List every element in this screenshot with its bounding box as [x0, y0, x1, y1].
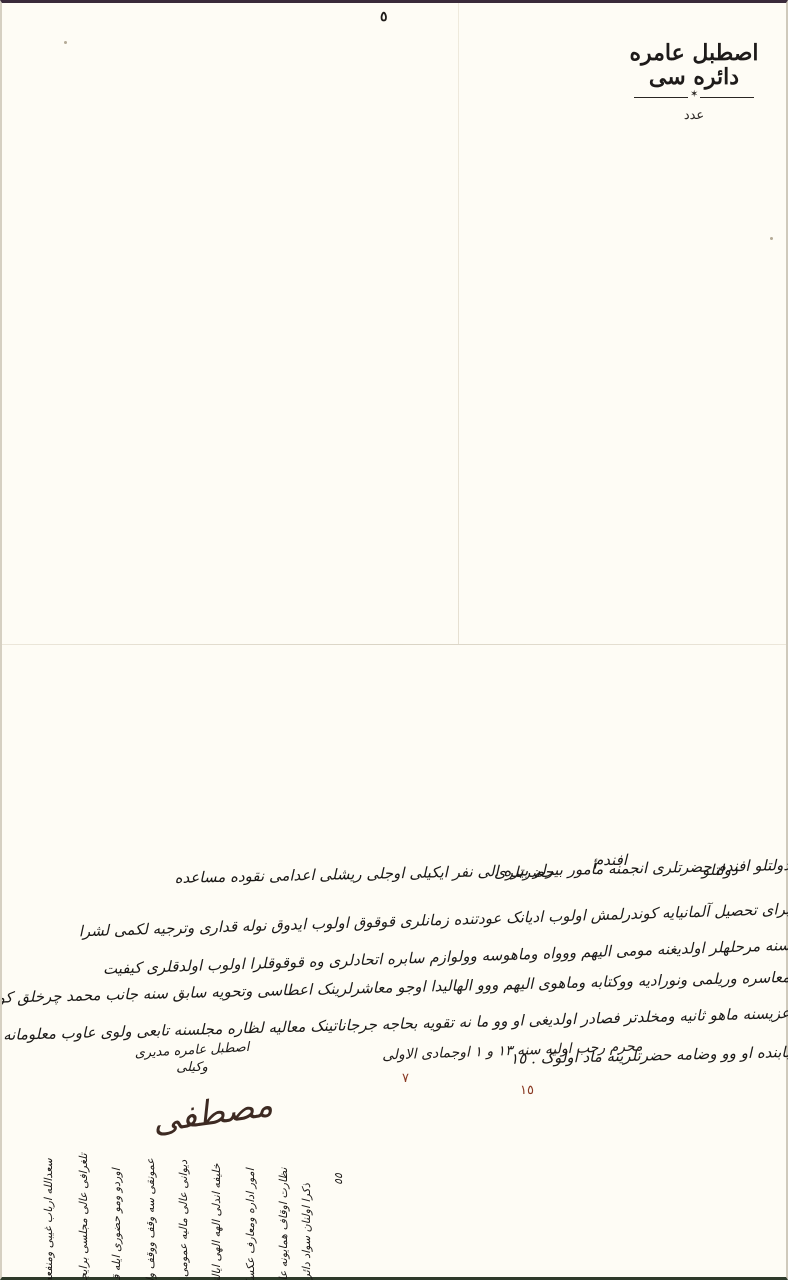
paper-speck [64, 41, 67, 44]
marginal-number: ٧ [402, 1071, 409, 1086]
paper-speck [770, 237, 773, 240]
page-number: ٥ [380, 9, 388, 25]
marginal-note: سعدالله ارباب غیبی ومنفعه [42, 1158, 55, 1278]
marginal-note: تلغرافی عالی مجلسی برایجم علاقه دارلر [77, 1153, 90, 1278]
marginal-note: ذکرا اولنان سواد دائره سی [300, 1183, 313, 1278]
marginal-note: امور اداره ومعارف عکسکرنه [244, 1168, 257, 1278]
letterhead-title: اصطبل عامره دائره سی [614, 41, 774, 89]
marginal-note: دیوانی عالی مالیه عمومی اوقاف [177, 1160, 190, 1278]
marginal-notes: سعدالله ارباب غیبی ومنفعه تلغرافی عالی م… [32, 1148, 362, 1278]
handwritten-signature: مصطفی [150, 1085, 276, 1141]
registry-number: عدد [614, 108, 774, 123]
letter-body: دولتلو افندم حضرتلری انجمنه مأمور بیرلر … [2, 838, 788, 1068]
signatory-deputy: وکیلی [122, 1060, 262, 1075]
marginal-note: عمونقی سه وقف ووقف ولوه [144, 1158, 157, 1278]
letterhead: اصطبل عامره دائره سی عدد [614, 41, 774, 123]
marginal-number: ١٥ [520, 1083, 534, 1098]
marginal-note: اوردو ومو حضوری ایله قیاس [110, 1168, 123, 1278]
body-line: عزیسنه ماهو ثانیه ومخلدتر فصادر اولدیغی … [2, 1004, 788, 1044]
marginal-note: نظارت اوقاف همایونه عادلیه قسم [277, 1168, 290, 1278]
marginal-note: خلیفه اندلی الهه الهی ایالتلی [210, 1163, 223, 1278]
body-line: برای تحصیل آلمانیایه کوندرلمش اولوب ادیا… [2, 900, 788, 943]
ornament-divider-icon [634, 97, 754, 98]
signature-block: اصطبل عامره مدیری وکیلی [122, 1043, 262, 1075]
document-page: ٥ اصطبل عامره دائره سی عدد دولتلو افندم … [0, 0, 788, 1280]
vertical-fold-line [458, 3, 459, 644]
horizontal-fold-line [2, 644, 786, 645]
marginal-note: ٥٥ [332, 1173, 345, 1203]
signatory-title: اصطبل عامره مدیری [122, 1039, 263, 1061]
body-line: دولتلو افندم حضرتلری انجمنه مأمور بیرلر … [2, 856, 788, 890]
